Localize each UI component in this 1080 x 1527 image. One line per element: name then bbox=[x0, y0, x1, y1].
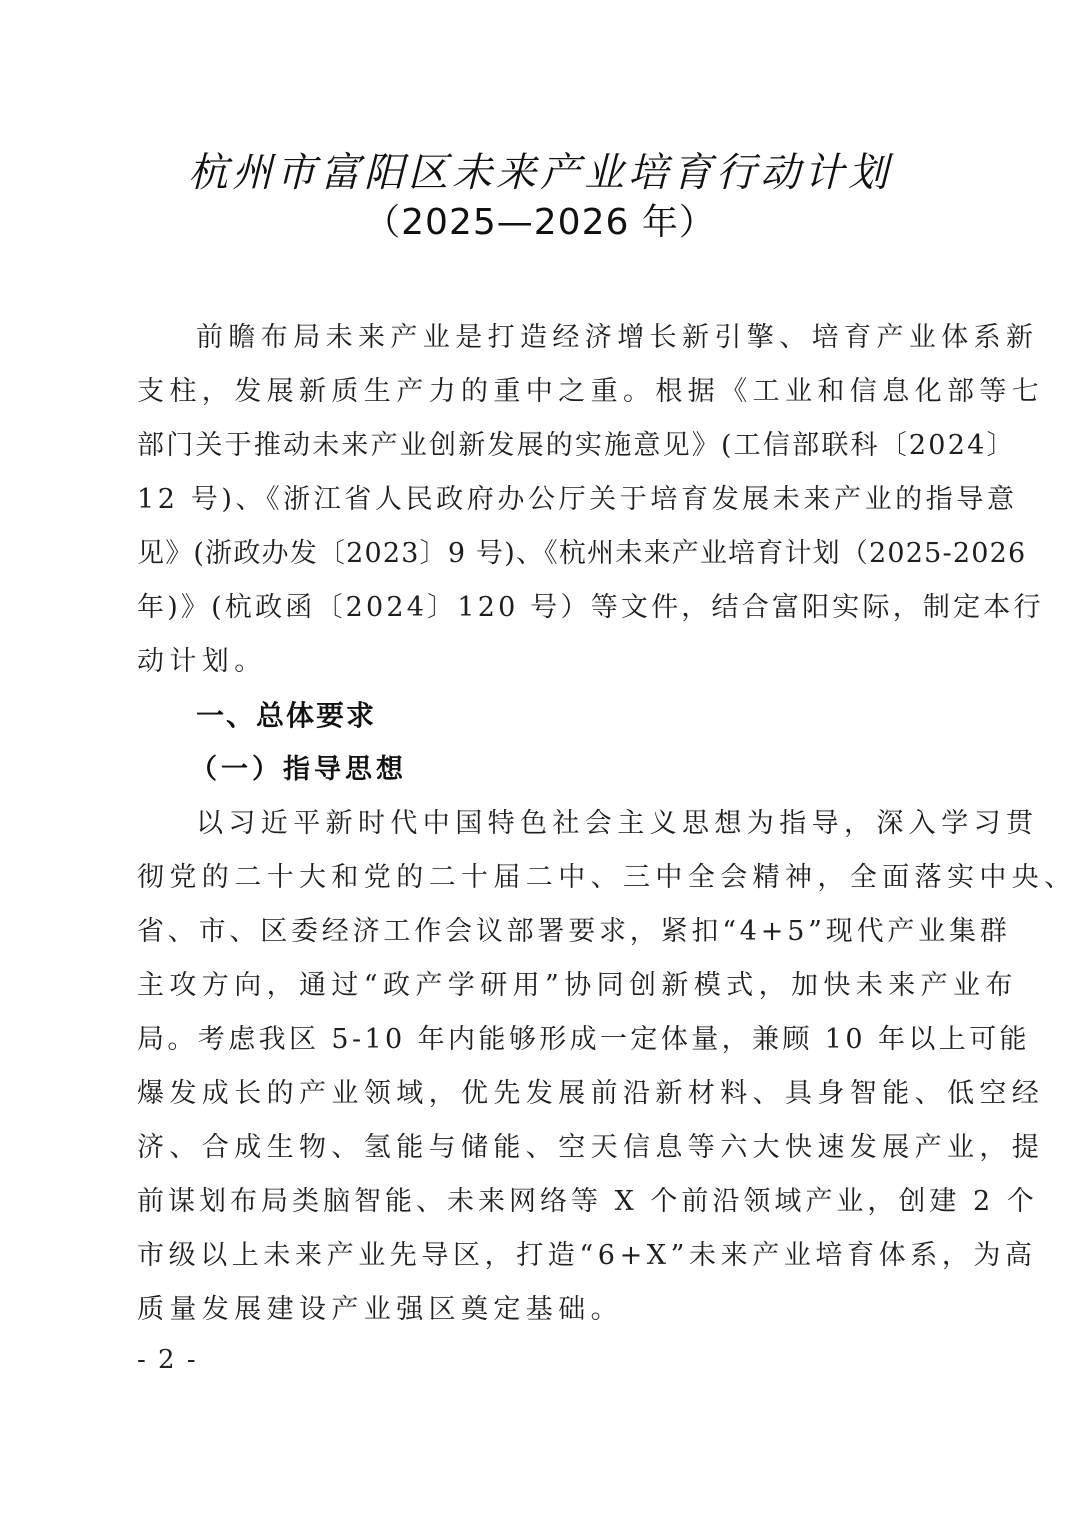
document-title: 杭州市富阳区未来产业培育行动计划 bbox=[0, 148, 1080, 198]
page-number: - 2 - bbox=[137, 1342, 198, 1378]
text-line: 济、合成生物、氢能与储能、空天信息等六大快速发展产业，提 bbox=[137, 1128, 1044, 1168]
text-line: 质量发展建设产业强区奠定基础。 bbox=[137, 1290, 623, 1330]
document-page: 杭州市富阳区未来产业培育行动计划 （2025—2026 年） 前瞻布局未来产业是… bbox=[0, 0, 1080, 1527]
text-line: 前谋划布局类脑智能、未来网络等 X 个前沿领域产业，创建 2 个 bbox=[137, 1182, 1038, 1222]
text-line: 主攻方向，通过“政产学研用”协同创新模式，加快未来产业布 bbox=[137, 966, 1018, 1006]
subsection-heading: （一）指导思想 bbox=[190, 750, 407, 790]
document-subtitle: （2025—2026 年） bbox=[0, 200, 1080, 246]
text-line: 局。考虑我区 5-10 年内能够形成一定体量，兼顾 10 年以上可能 bbox=[137, 1020, 1030, 1060]
text-line: 以习近平新时代中国特色社会主义思想为指导，深入学习贯 bbox=[196, 804, 1038, 844]
section-heading: 一、总体要求 bbox=[196, 696, 376, 736]
text-line: 年)》(杭政函〔2024〕120 号）等文件，结合富阳实际，制定本行 bbox=[137, 588, 1044, 628]
text-line: 市级以上未来产业先导区，打造“6+X”未来产业培育体系，为高 bbox=[137, 1236, 1037, 1276]
text-line: 部门关于推动未来产业创新发展的实施意见》(工信部联科〔2024〕 bbox=[137, 426, 1016, 466]
text-line: 12 号)、《浙江省人民政府办公厅关于培育发展未来产业的指导意 bbox=[137, 480, 1018, 520]
text-line: 省、市、区委经济工作会议部署要求，紧扣“4+5”现代产业集群 bbox=[137, 912, 1011, 952]
text-line: 前瞻布局未来产业是打造经济增长新引擎、培育产业体系新 bbox=[196, 318, 1038, 358]
text-line: 见》(浙政办发〔2023〕9 号)、《杭州未来产业培育计划（2025-2026 bbox=[137, 534, 1026, 574]
text-line: 爆发成长的产业领域，优先发展前沿新材料、具身智能、低空经 bbox=[137, 1074, 1044, 1114]
text-line: 支柱，发展新质生产力的重中之重。根据《工业和信息化部等七 bbox=[137, 372, 1044, 412]
text-line: 动计划。 bbox=[137, 642, 267, 682]
text-line: 彻党的二十大和党的二十届二中、三中全会精神，全面落实中央、 bbox=[137, 858, 1077, 898]
